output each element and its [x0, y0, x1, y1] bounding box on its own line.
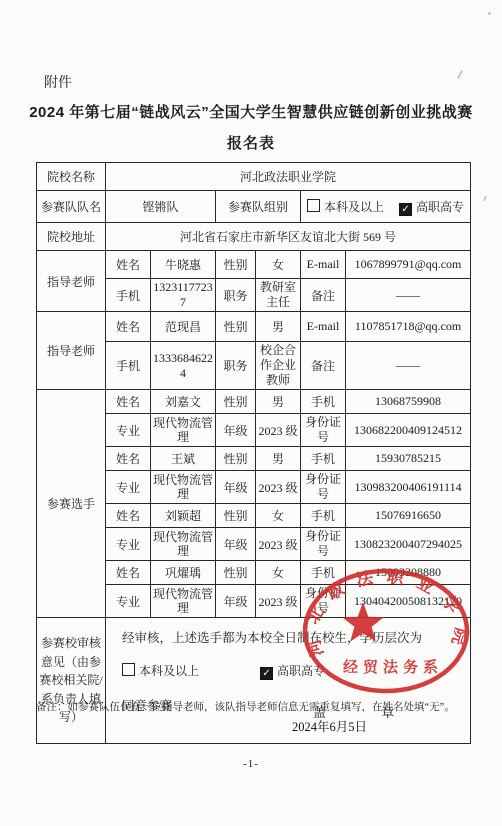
contestant3-phone-label: 手机	[301, 504, 346, 528]
contestant2-name: 王斌	[151, 447, 216, 471]
contestant1-id: 130682200409124512	[346, 414, 471, 447]
contestant1-major: 现代物流管理	[151, 414, 216, 447]
row-team: 参赛队队名 铿锵队 参赛队组别 本科及以上 ✓高职高专	[37, 191, 471, 223]
audit-option-undergraduate-label: 本科及以上	[139, 664, 199, 678]
registration-table: 院校名称 河北政法职业学院 参赛队队名 铿锵队 参赛队组别 本科及以上 ✓高职高…	[36, 162, 471, 744]
team-name-value: 铿锵队	[106, 191, 216, 223]
contestant3-major: 现代物流管理	[151, 528, 216, 561]
contestant3-gender-label: 性别	[216, 504, 256, 528]
instructor1-remark: ——	[346, 279, 471, 312]
contestant-section-label: 参赛选手	[37, 390, 106, 618]
contestant3-id: 130823200407294025	[346, 528, 471, 561]
contestant2-name-label: 姓名	[106, 447, 151, 471]
contestant1-phone: 13068759908	[346, 390, 471, 414]
instructor1-gender: 女	[256, 251, 301, 279]
instructor1-remark-label: 备注	[301, 279, 346, 312]
checkbox-unchecked-icon	[122, 663, 135, 676]
contestant1-gender-label: 性别	[216, 390, 256, 414]
instructor1-name: 牛晓惠	[151, 251, 216, 279]
scan-artifact	[488, 12, 491, 15]
contestant2-gender: 男	[256, 447, 301, 471]
contestant1-major-label: 专业	[106, 414, 151, 447]
contestant2-major-label: 专业	[106, 471, 151, 504]
contestant4-id-label: 身份证号	[301, 585, 346, 618]
instructor2-section-label: 指导老师	[37, 312, 106, 390]
contestant1-grade: 2023 级	[256, 414, 301, 447]
instructor1-phone-label: 手机	[106, 279, 151, 312]
instructor2-phone: 13336846224	[151, 342, 216, 390]
contestant3-gender: 女	[256, 504, 301, 528]
checkbox-checked-icon: ✓	[399, 203, 412, 216]
page-number: -1-	[0, 758, 502, 770]
contestant2-grade-label: 年级	[216, 471, 256, 504]
instructor2-title: 校企合作企业教师	[256, 342, 301, 390]
contestant3-name-label: 姓名	[106, 504, 151, 528]
instructor1-name-label: 姓名	[106, 251, 151, 279]
instructor2-email: 1107851718@qq.com	[346, 312, 471, 342]
instructor1-gender-label: 性别	[216, 251, 256, 279]
contestant2-id-label: 身份证号	[301, 471, 346, 504]
instructor2-remark: ——	[346, 342, 471, 390]
contestant2-gender-label: 性别	[216, 447, 256, 471]
contestant1-id-label: 身份证号	[301, 414, 346, 447]
contestant4-id: 130404200508132120	[346, 585, 471, 618]
instructor1-email: 1067899791@qq.com	[346, 251, 471, 279]
contestant4-major-label: 专业	[106, 585, 151, 618]
row-school-name: 院校名称 河北政法职业学院	[37, 163, 471, 191]
audit-option-vocational: ✓高职高专	[260, 662, 325, 680]
instructor1-phone: 13231177237	[151, 279, 216, 312]
contestant2-phone-label: 手机	[301, 447, 346, 471]
instructor2-remark-label: 备注	[301, 342, 346, 390]
contestant4-phone-label: 手机	[301, 561, 346, 585]
contestant2-major: 现代物流管理	[151, 471, 216, 504]
contestant4-gender: 女	[256, 561, 301, 585]
contestant2-phone: 15930785215	[346, 447, 471, 471]
row-audit: 参赛校审核意见（由参赛校相关院/系负责人填写） 经审核，上述选手都为本校全日制在…	[37, 618, 471, 744]
audit-option-vocational-label: 高职高专	[277, 664, 325, 678]
contestant4-phone: 15003308880	[346, 561, 471, 585]
audit-section-label: 参赛校审核意见（由参赛校相关院/系负责人填写）	[37, 618, 106, 744]
contestant3-grade-label: 年级	[216, 528, 256, 561]
row-address: 院校地址 河北省石家庄市新华区友谊北大街 569 号	[37, 223, 471, 251]
stamp-date: 2024年6月5日	[292, 717, 367, 735]
contestant1-name-label: 姓名	[106, 390, 151, 414]
contestant4-name: 巩燿瑀	[151, 561, 216, 585]
audit-option-undergraduate: 本科及以上	[122, 662, 199, 679]
instructor1-title-label: 职务	[216, 279, 256, 312]
team-name-label: 参赛队队名	[37, 191, 106, 223]
document-subtitle: 报名表	[0, 132, 502, 153]
contestant3-name: 刘颖超	[151, 504, 216, 528]
contestant1-phone-label: 手机	[301, 390, 346, 414]
instructor2-gender-label: 性别	[216, 312, 256, 342]
scanned-registration-form-page: 附件 2024 年第七届“链战风云”全国大学生智慧供应链创新创业挑战赛 报名表 …	[0, 0, 502, 826]
contestant2-grade: 2023 级	[256, 471, 301, 504]
scan-artifact	[457, 70, 463, 79]
instructor2-email-label: E-mail	[301, 312, 346, 342]
contestant3-grade: 2023 级	[256, 528, 301, 561]
document-title: 2024 年第七届“链战风云”全国大学生智慧供应链创新创业挑战赛	[0, 101, 502, 122]
team-group-label: 参赛队组别	[216, 191, 301, 223]
instructor2-phone-label: 手机	[106, 342, 151, 390]
contestant4-gender-label: 性别	[216, 561, 256, 585]
row-instructor1-top: 指导老师 姓名 牛晓惠 性别 女 E-mail 1067899791@qq.co…	[37, 251, 471, 279]
group-option-undergraduate-label: 本科及以上	[324, 200, 384, 214]
instructor1-email-label: E-mail	[301, 251, 346, 279]
contestant1-grade-label: 年级	[216, 414, 256, 447]
contestant4-grade: 2023 级	[256, 585, 301, 618]
school-name-value: 河北政法职业学院	[106, 163, 471, 191]
group-option-vocational: ✓高职高专	[399, 198, 464, 216]
instructor2-gender: 男	[256, 312, 301, 342]
team-group-options: 本科及以上 ✓高职高专	[301, 191, 471, 223]
contestant3-id-label: 身份证号	[301, 528, 346, 561]
footnote: 备注：如参赛队伍仅有一位指导老师，该队指导老师信息无需重复填写，在姓名处填“无”…	[36, 699, 476, 714]
contestant4-name-label: 姓名	[106, 561, 151, 585]
address-value: 河北省石家庄市新华区友谊北大街 569 号	[106, 223, 471, 251]
contestant2-id: 130983200406191114	[346, 471, 471, 504]
instructor1-section-label: 指导老师	[37, 251, 106, 312]
row-instructor2-top: 指导老师 姓名 范现昌 性别 男 E-mail 1107851718@qq.co…	[37, 312, 471, 342]
school-name-label: 院校名称	[37, 163, 106, 191]
instructor2-name: 范现昌	[151, 312, 216, 342]
contestant1-name: 刘嘉文	[151, 390, 216, 414]
row-contestant1-top: 参赛选手 姓名 刘嘉文 性别 男 手机 13068759908	[37, 390, 471, 414]
group-option-vocational-label: 高职高专	[416, 200, 464, 214]
contestant3-major-label: 专业	[106, 528, 151, 561]
contestant4-grade-label: 年级	[216, 585, 256, 618]
attachment-label: 附件	[44, 72, 72, 92]
group-option-undergraduate: 本科及以上	[307, 198, 384, 215]
audit-statement: 经审核，上述选手都为本校全日制在校生，学历层次为	[122, 628, 422, 646]
contestant4-major: 现代物流管理	[151, 585, 216, 618]
audit-content-cell: 经审核，上述选手都为本校全日制在校生，学历层次为 本科及以上 ✓高职高专 同意参…	[106, 618, 471, 744]
instructor2-name-label: 姓名	[106, 312, 151, 342]
checkbox-unchecked-icon	[307, 199, 320, 212]
address-label: 院校地址	[37, 223, 106, 251]
checkbox-checked-icon: ✓	[260, 667, 273, 680]
audit-options: 本科及以上 ✓高职高专	[122, 662, 325, 680]
scan-artifact	[483, 196, 486, 201]
instructor1-title: 教研室主任	[256, 279, 301, 312]
contestant1-gender: 男	[256, 390, 301, 414]
contestant3-phone: 15076916650	[346, 504, 471, 528]
instructor2-title-label: 职务	[216, 342, 256, 390]
